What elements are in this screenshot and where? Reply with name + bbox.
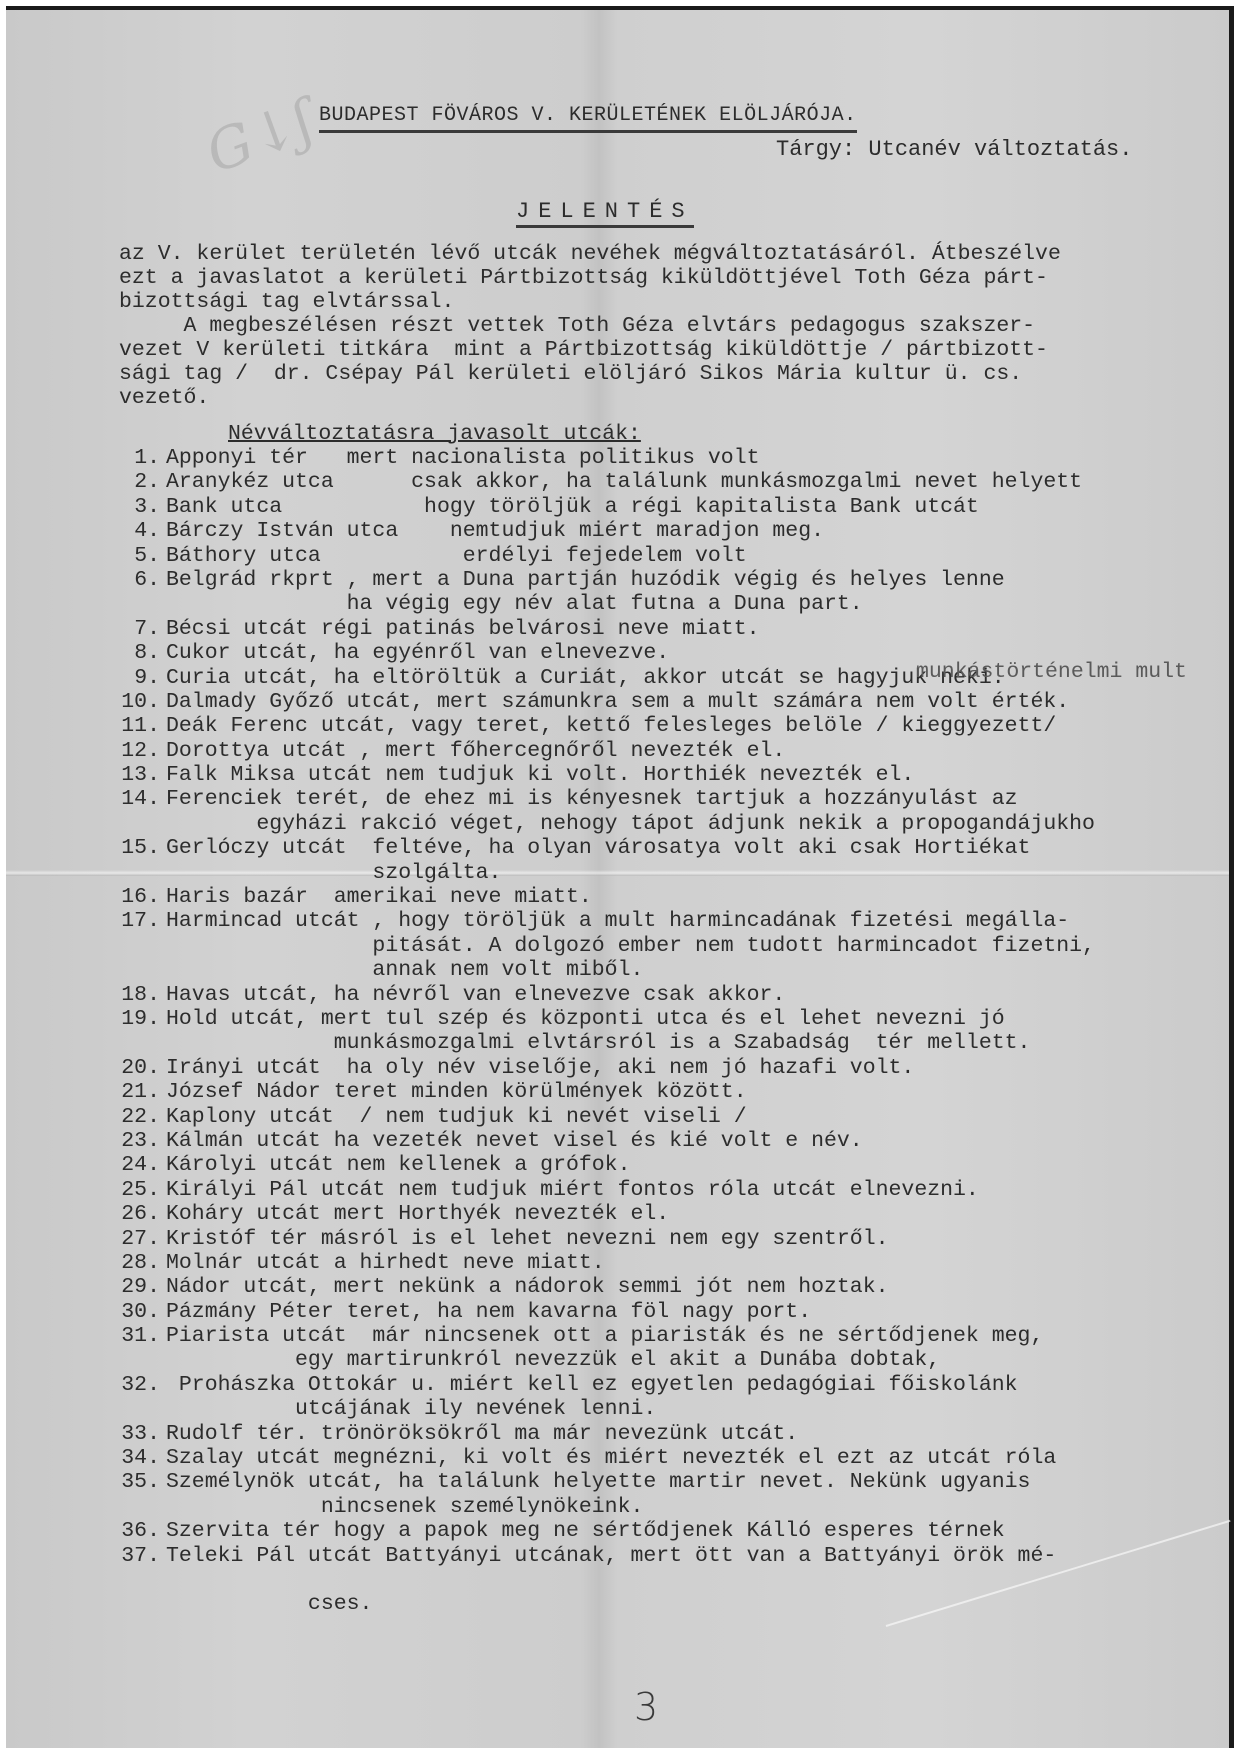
intro-line: vezet V kerületi titkára mint a Pártbizo… [119,338,1239,362]
item-text: Koháry utcát mert Horthyék nevezték el. [166,1202,669,1226]
intro-line: az V. kerület területén lévő utcák nevéh… [119,242,1239,266]
item-text: szolgálta. [166,861,501,885]
list-item: 23.Kálmán utcát ha vezeték nevet visel é… [114,1129,1240,1153]
list-item: 5.Báthory utca erdélyi fejedelem volt [114,544,1240,568]
item-text: egyházi rakció véget, nehogy tápot ádjun… [166,812,1095,836]
item-text: Pázmány Péter teret, ha nem kavarna föl … [166,1300,811,1324]
intro-line: bizottsági tag elvtárssal. [119,290,1239,314]
item-number: 22. [114,1105,160,1129]
item-number: 3. [114,495,160,519]
item-number: 32. [114,1373,160,1397]
item-text: Nádor utcát, mert nekünk a nádorok semmi… [166,1275,889,1299]
item-text: József Nádor teret minden körülmények kö… [166,1080,747,1104]
item-text: Dalmady Győző utcát, mert számunkra sem … [166,690,1069,714]
list-item: 16.Haris bazár amerikai neve miatt. [114,885,1240,909]
item-number: 33. [114,1422,160,1446]
office-header: BUDAPEST FÖVÁROS V. KERÜLETÉNEK ELÖLJÁRÓ… [319,104,857,133]
item-text: Báthory utca erdélyi fejedelem volt [166,544,747,568]
item-number: 1. [114,446,160,470]
list-item: 37.Teleki Pál utcát Battyányi utcának, m… [114,1544,1240,1568]
list-item: 27.Kristóf tér másról is el lehet nevezn… [114,1227,1240,1251]
list-item: 32. Prohászka Ottokár u. miért kell ez e… [114,1373,1240,1397]
item-number: 15. [114,836,160,860]
item-text: Aranykéz utca csak akkor, ha találunk mu… [166,470,1082,494]
item-text: munkásmozgalmi elvtársról is a Szabadság… [166,1031,1030,1055]
item-number: 29. [114,1275,160,1299]
item-text: egy martirunkról nevezzük el akit a Duná… [166,1348,940,1372]
list-item: 28.Molnár utcát a hirhedt neve miatt. [114,1251,1240,1275]
intro-line: A megbeszélésen részt vettek Toth Géza e… [119,314,1239,338]
item-number: 28. [114,1251,160,1275]
list-item: 14.Ferenciek terét, de ehez mi is kényes… [114,787,1240,811]
item-text: Szervita tér hogy a papok meg ne sértődj… [166,1519,1005,1543]
street-rename-list: 1.Apponyi tér mert nacionalista politiku… [114,446,1240,1617]
list-item: 2.Aranykéz utca csak akkor, ha találunk … [114,470,1240,494]
list-item: 10.Dalmady Győző utcát, mert számunkra s… [114,690,1240,714]
item-number: 7. [114,617,160,641]
list-item: 7.Bécsi utcát régi patinás belvárosi nev… [114,617,1240,641]
list-item: 34.Szalay utcát megnézni, ki volt és mié… [114,1446,1240,1470]
item-text: Kálmán utcát ha vezeték nevet visel és k… [166,1129,863,1153]
item-number: 4. [114,519,160,543]
list-item: 1.Apponyi tér mert nacionalista politiku… [114,446,1240,470]
intro-line: vezető. [119,386,1239,410]
intro-paragraph: az V. kerület területén lévő utcák nevéh… [119,242,1239,410]
item-number: 23. [114,1129,160,1153]
item-number: 16. [114,885,160,909]
item-text: annak nem volt miből. [166,958,643,982]
item-number: 5. [114,544,160,568]
item-text: Curia utcát, ha eltöröltük a Curiát, akk… [166,666,1005,690]
item-text: Prohászka Ottokár u. miért kell ez egyet… [166,1373,1018,1397]
list-item: 21.József Nádor teret minden körülmények… [114,1080,1240,1104]
item-text: Személynök utcát, ha találunk helyette m… [166,1470,1030,1494]
report-title: JELENTÉS [516,200,694,228]
document-page: G↓ʃ BUDAPEST FÖVÁROS V. KERÜLETÉNEK ELÖL… [6,6,1234,1748]
item-text: Rudolf tér. trönöröksökről ma már nevezü… [166,1422,798,1446]
list-item: 24.Károlyi utcát nem kellenek a grófok. [114,1153,1240,1177]
item-number: 14. [114,787,160,811]
list-item: 26.Koháry utcát mert Horthyék nevezték e… [114,1202,1240,1226]
list-item: 33.Rudolf tér. trönöröksökről ma már nev… [114,1422,1240,1446]
list-item-continuation: cses. [114,1592,1240,1616]
list-item: 20.Irányi utcát ha oly név viselője, aki… [114,1056,1240,1080]
list-item: 31.Piarista utcát már nincsenek ott a pi… [114,1324,1240,1348]
list-item-continuation: ha végig egy név alat futna a Duna part. [114,592,1240,616]
item-text: Bank utca hogy töröljük a régi kapitalis… [166,495,979,519]
item-text: Deák Ferenc utcát, vagy teret, kettő fel… [166,714,1056,738]
list-item-continuation [114,1568,1240,1592]
list-item: 36.Szervita tér hogy a papok meg ne sért… [114,1519,1240,1543]
list-item: 13.Falk Miksa utcát nem tudjuk ki volt. … [114,763,1240,787]
list-item-continuation: annak nem volt miből. [114,958,1240,982]
item-text: Dorottya utcát , mert főhercegnőről neve… [166,739,785,763]
item-number: 34. [114,1446,160,1470]
item-number: 8. [114,641,160,665]
item-number: 21. [114,1080,160,1104]
item-text: Királyi Pál utcát nem tudjuk miért fonto… [166,1178,979,1202]
list-item: 25.Királyi Pál utcát nem tudjuk miért fo… [114,1178,1240,1202]
item-text: Apponyi tér mert nacionalista politikus … [166,446,760,470]
handwritten-page-number: 3 [634,1695,658,1719]
item-text: Teleki Pál utcát Battyányi utcának, mert… [166,1544,1056,1568]
item-number: 35. [114,1470,160,1494]
interlinear-note: munkástörténelmi mult [916,660,1187,684]
item-text: Piarista utcát már nincsenek ott a piari… [166,1324,1043,1348]
item-text: Kristóf tér másról is el lehet nevezni n… [166,1227,889,1251]
item-text: Bécsi utcát régi patinás belvárosi neve … [166,617,760,641]
item-number: 27. [114,1227,160,1251]
list-item: 35.Személynök utcát, ha találunk helyett… [114,1470,1240,1494]
list-item: 12.Dorottya utcát , mert főhercegnőről n… [114,739,1240,763]
item-text: Havas utcát, ha névről van elnevezve csa… [166,983,785,1007]
list-item-continuation: egyházi rakció véget, nehogy tápot ádjun… [114,812,1240,836]
item-number: 31. [114,1324,160,1348]
item-number: 20. [114,1056,160,1080]
item-number: 26. [114,1202,160,1226]
list-item-continuation: utcájának ily nevének lenni. [114,1397,1240,1421]
list-item: 15.Gerlóczy utcát feltéve, ha olyan váro… [114,836,1240,860]
item-text: pitását. A dolgozó ember nem tudott harm… [166,934,1095,958]
item-text: ha végig egy név alat futna a Duna part. [166,592,863,616]
list-item-continuation: nincsenek személynökeink. [114,1495,1240,1519]
intro-line: sági tag / dr. Csépay Pál kerületi elölj… [119,362,1239,386]
item-text: cses. [166,1592,372,1616]
list-item: 11.Deák Ferenc utcát, vagy teret, kettő … [114,714,1240,738]
item-text: Kaplony utcát / nem tudjuk ki nevét vise… [166,1105,747,1129]
item-text: Falk Miksa utcát nem tudjuk ki volt. Hor… [166,763,914,787]
item-number: 10. [114,690,160,714]
list-item: 30.Pázmány Péter teret, ha nem kavarna f… [114,1300,1240,1324]
item-number: 36. [114,1519,160,1543]
list-heading: Névváltoztatásra javasolt utcák: [228,422,641,446]
item-text: utcájának ily nevének lenni. [166,1397,656,1421]
intro-line: ezt a javaslatot a kerületi Pártbizottsá… [119,266,1239,290]
item-text: Haris bazár amerikai neve miatt. [166,885,592,909]
list-item: 4.Bárczy István utca nemtudjuk miért mar… [114,519,1240,543]
item-text: Hold utcát, mert tul szép és központi ut… [166,1007,1005,1031]
item-text: Szalay utcát megnézni, ki volt és miért … [166,1446,1056,1470]
list-item: 17.Harmincad utcát , hogy töröljük a mul… [114,909,1240,933]
item-text: Harmincad utcát , hogy töröljük a mult h… [166,909,1069,933]
list-item: 3.Bank utca hogy töröljük a régi kapital… [114,495,1240,519]
list-item-continuation: egy martirunkról nevezzük el akit a Duná… [114,1348,1240,1372]
list-item: 18.Havas utcát, ha névről van elnevezve … [114,983,1240,1007]
item-number: 17. [114,909,160,933]
item-text: Molnár utcát a hirhedt neve miatt. [166,1251,605,1275]
item-number: 2. [114,470,160,494]
item-text: Gerlóczy utcát feltéve, ha olyan városat… [166,836,1030,860]
item-text: Bárczy István utca nemtudjuk miért marad… [166,519,824,543]
item-text: Ferenciek terét, de ehez mi is kényesnek… [166,787,1018,811]
list-item: 22.Kaplony utcát / nem tudjuk ki nevét v… [114,1105,1240,1129]
item-number: 25. [114,1178,160,1202]
item-number: 37. [114,1544,160,1568]
item-number: 13. [114,763,160,787]
item-number: 30. [114,1300,160,1324]
item-number: 11. [114,714,160,738]
list-item: 6.Belgrád rkprt , mert a Duna partján hu… [114,568,1240,592]
item-text: Belgrád rkprt , mert a Duna partján huzó… [166,568,1005,592]
item-number: 19. [114,1007,160,1031]
typewritten-report: BUDAPEST FÖVÁROS V. KERÜLETÉNEK ELÖLJÁRÓ… [6,10,1229,1748]
subject-line: Tárgy: Utcanév változtatás. [776,138,1132,162]
item-text: Cukor utcát, ha egyénről van elnevezve. [166,641,669,665]
list-item-continuation: munkásmozgalmi elvtársról is a Szabadság… [114,1031,1240,1055]
item-text: nincsenek személynökeink. [166,1495,643,1519]
item-number: 24. [114,1153,160,1177]
list-item: 19.Hold utcát, mert tul szép és központi… [114,1007,1240,1031]
list-item-continuation: pitását. A dolgozó ember nem tudott harm… [114,934,1240,958]
item-number: 9. [114,666,160,690]
item-number: 6. [114,568,160,592]
item-number: 12. [114,739,160,763]
list-item: 29.Nádor utcát, mert nekünk a nádorok se… [114,1275,1240,1299]
item-number: 18. [114,983,160,1007]
list-item-continuation: szolgálta. [114,861,1240,885]
item-text: Irányi utcát ha oly név viselője, aki ne… [166,1056,914,1080]
item-text: Károlyi utcát nem kellenek a grófok. [166,1153,630,1177]
